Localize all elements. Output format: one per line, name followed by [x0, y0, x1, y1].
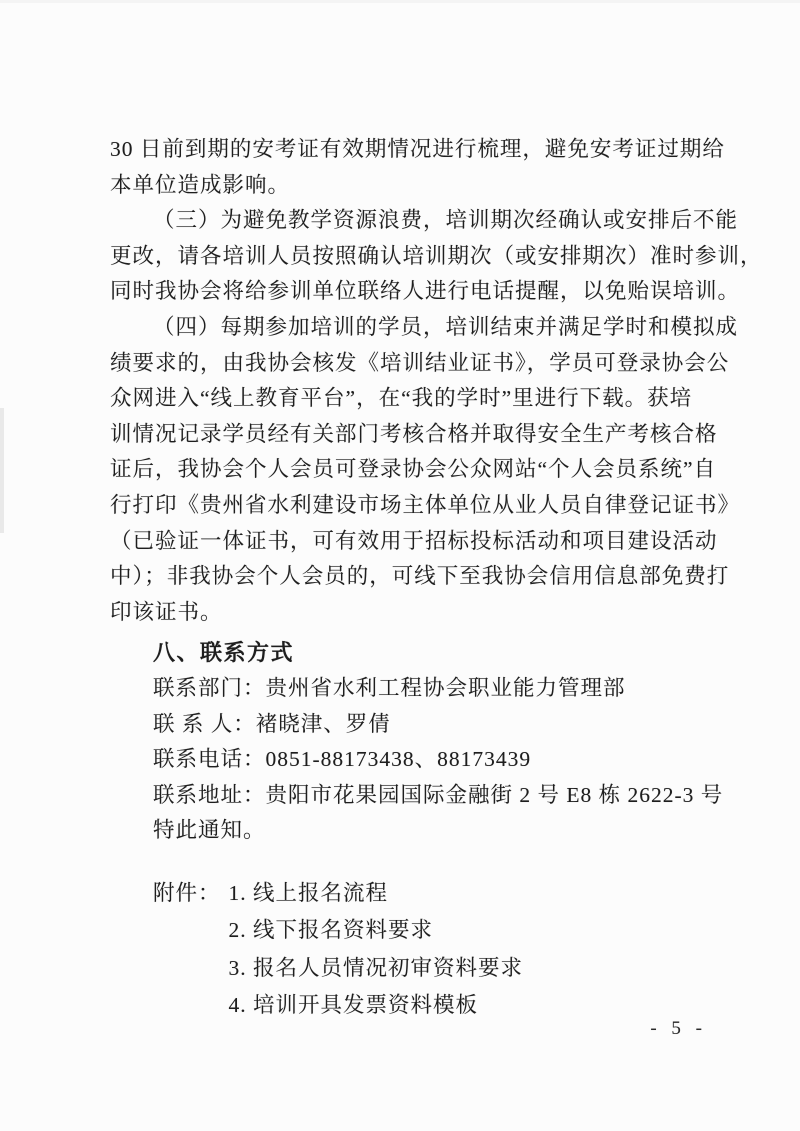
document-body: 30 日前到期的安考证有效期情况进行梳理，避免安考证过期给本单位造成影响。（三）… — [110, 132, 716, 1025]
attachments-block: 附件： 1. 线上报名流程2. 线下报名资料要求3. 报名人员情况初审资料要求4… — [110, 875, 716, 1025]
attachment-item: 3. 报名人员情况初审资料要求 — [229, 950, 716, 987]
scan-artifact-left-edge — [0, 408, 4, 533]
scan-artifact-top-edge — [0, 0, 800, 3]
text-line: 行打印《贵州省水利建设市场主体单位从业人员自律登记证书》 — [110, 488, 716, 524]
attachment-item: 2. 线下报名资料要求 — [229, 912, 716, 949]
attachments-label: 附件： — [153, 875, 229, 1025]
text-line: 证后，我协会个人会员可登录协会公众网站“个人会员系统”自 — [110, 452, 716, 488]
attachments-list: 1. 线上报名流程2. 线下报名资料要求3. 报名人员情况初审资料要求4. 培训… — [229, 875, 716, 1025]
text-line: 30 日前到期的安考证有效期情况进行梳理，避免安考证过期给 — [110, 132, 716, 168]
scanned-notice-page: 30 日前到期的安考证有效期情况进行梳理，避免安考证过期给本单位造成影响。（三）… — [0, 0, 800, 1131]
section-heading-contact-info: 八、联系方式 — [110, 635, 716, 671]
contact-info-lines: 联系部门：贵州省水利工程协会职业能力管理部联 系 人：褚晓津、罗倩联系电话：08… — [110, 671, 716, 849]
text-line: 中）；非我协会个人会员的，可线下至我协会信用信息部免费打 — [110, 559, 716, 595]
text-line: 更改，请各培训人员按照确认培训期次（或安排期次）准时参训， — [110, 239, 716, 275]
text-line: （已验证一体证书，可有效用于招标投标活动和项目建设活动 — [110, 524, 716, 560]
contact-line: 特此通知。 — [110, 813, 716, 849]
text-line: 印该证书。 — [110, 595, 716, 631]
contact-line: 联 系 人：褚晓津、罗倩 — [110, 707, 716, 743]
page-number: - 5 - — [650, 1018, 707, 1040]
text-line: 众网进入“线上教育平台”，在“我的学时”里进行下载。获培 — [110, 381, 716, 417]
body-paragraph-lines: 30 日前到期的安考证有效期情况进行梳理，避免安考证过期给本单位造成影响。（三）… — [110, 132, 716, 630]
text-line: 本单位造成影响。 — [110, 168, 716, 204]
contact-line: 联系地址：贵阳市花果园国际金融街 2 号 E8 栋 2622-3 号 — [110, 778, 716, 814]
text-line: 绩要求的，由我协会核发《培训结业证书》，学员可登录协会公 — [110, 346, 716, 382]
text-line: 训情况记录学员经有关部门考核合格并取得安全生产考核合格 — [110, 417, 716, 453]
text-line: （四）每期参加培训的学员，培训结束并满足学时和模拟成 — [110, 310, 716, 346]
text-line: （三）为避免教学资源浪费，培训期次经确认或安排后不能 — [110, 203, 716, 239]
contact-line: 联系电话：0851-88173438、88173439 — [110, 742, 716, 778]
text-line: 同时我协会将给参训单位联络人进行电话提醒，以免贻误培训。 — [110, 274, 716, 310]
attachment-item: 1. 线上报名流程 — [229, 875, 716, 912]
attachment-item: 4. 培训开具发票资料模板 — [229, 987, 716, 1024]
contact-line: 联系部门：贵州省水利工程协会职业能力管理部 — [110, 671, 716, 707]
